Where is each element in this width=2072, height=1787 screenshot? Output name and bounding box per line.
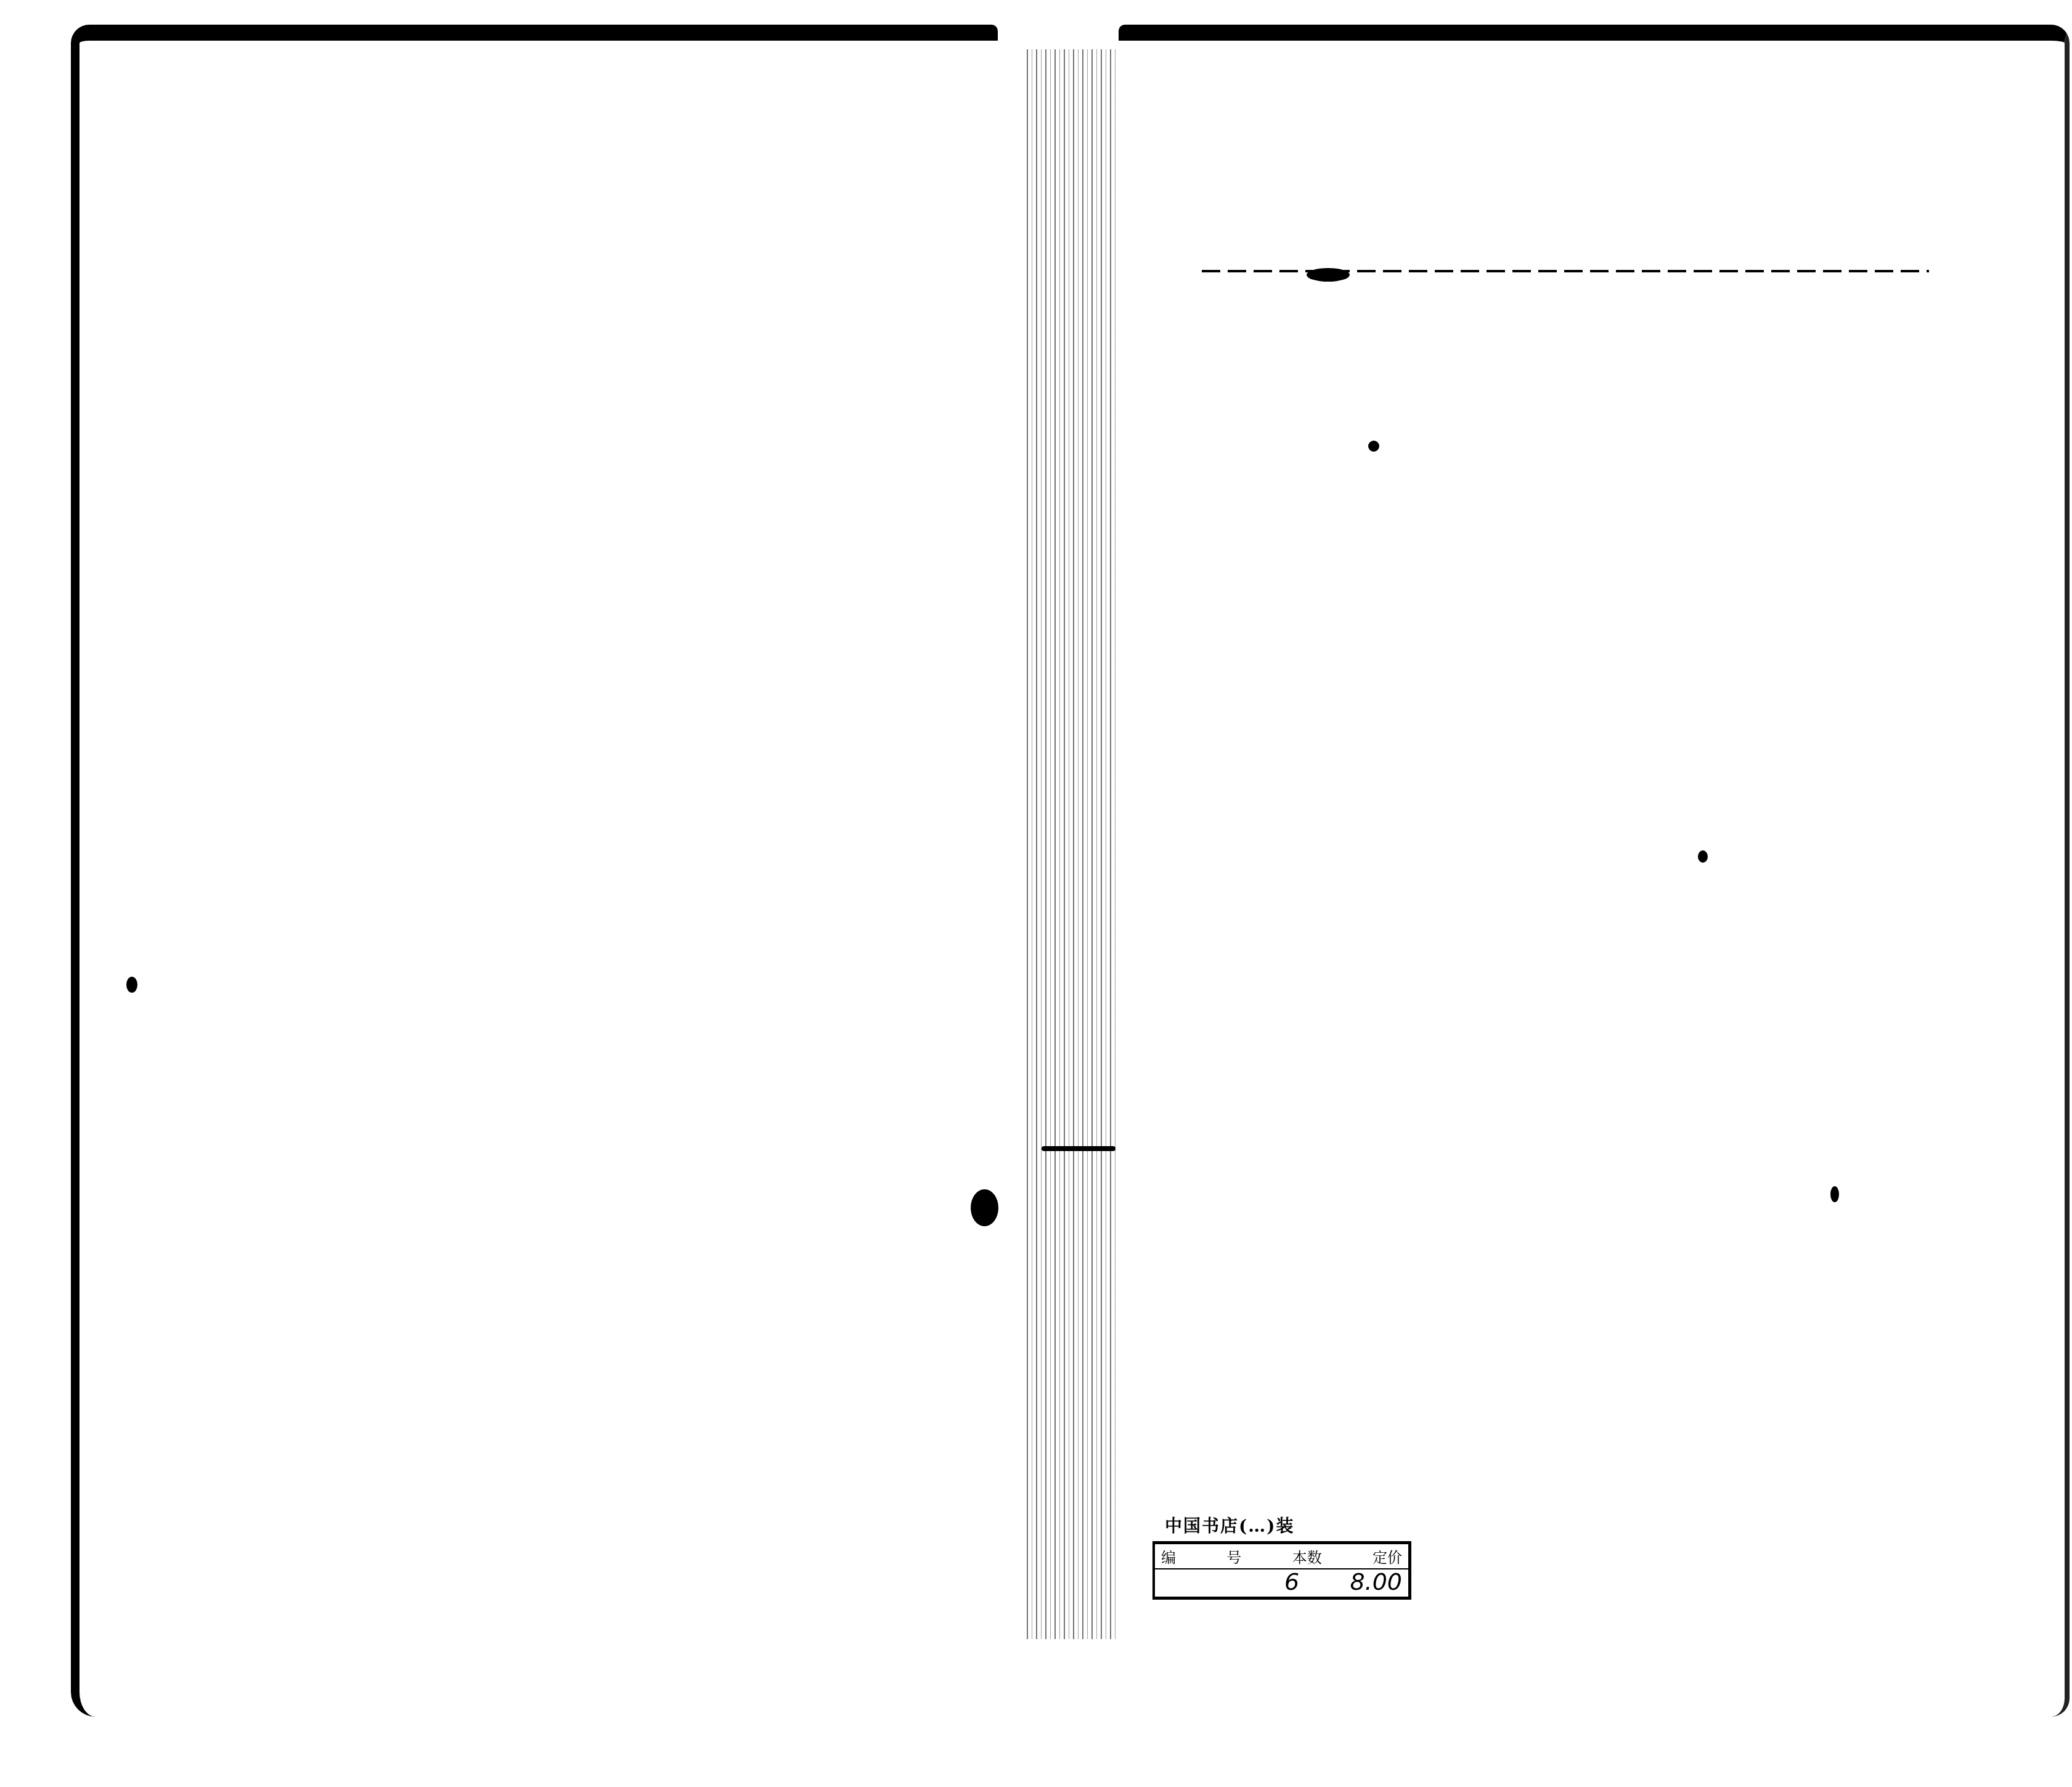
stain — [971, 1189, 998, 1226]
label-values: 6 8.00 — [1241, 1568, 1402, 1595]
book-scan: 中国书店(…)装 编 号 本数 定价 6 8.00 — [0, 0, 2072, 1787]
label-headers: 编 号 本数 定价 — [1155, 1544, 1408, 1569]
label-price: 8.00 — [1350, 1568, 1402, 1595]
label-header-price: 定价 — [1372, 1545, 1402, 1567]
label-title: 中国书店(…)装 — [1165, 1513, 1411, 1537]
label-volumes: 6 — [1284, 1568, 1299, 1595]
right-cover-page — [1119, 25, 2070, 1717]
stain — [1830, 1186, 1839, 1202]
stain — [126, 977, 137, 993]
stain — [1307, 268, 1350, 282]
binding-thread — [1042, 1146, 1116, 1151]
stain — [1368, 441, 1379, 452]
label-header-hao: 号 — [1226, 1545, 1241, 1567]
label-header-bian: 编 — [1161, 1545, 1176, 1567]
stain — [1698, 850, 1708, 863]
book-spine — [1023, 49, 1116, 1639]
left-cover-page — [71, 25, 998, 1717]
label-box: 编 号 本数 定价 6 8.00 — [1152, 1541, 1411, 1600]
label-header-volumes: 本数 — [1292, 1545, 1322, 1567]
bookstore-label: 中国书店(…)装 编 号 本数 定价 6 8.00 — [1152, 1513, 1411, 1600]
